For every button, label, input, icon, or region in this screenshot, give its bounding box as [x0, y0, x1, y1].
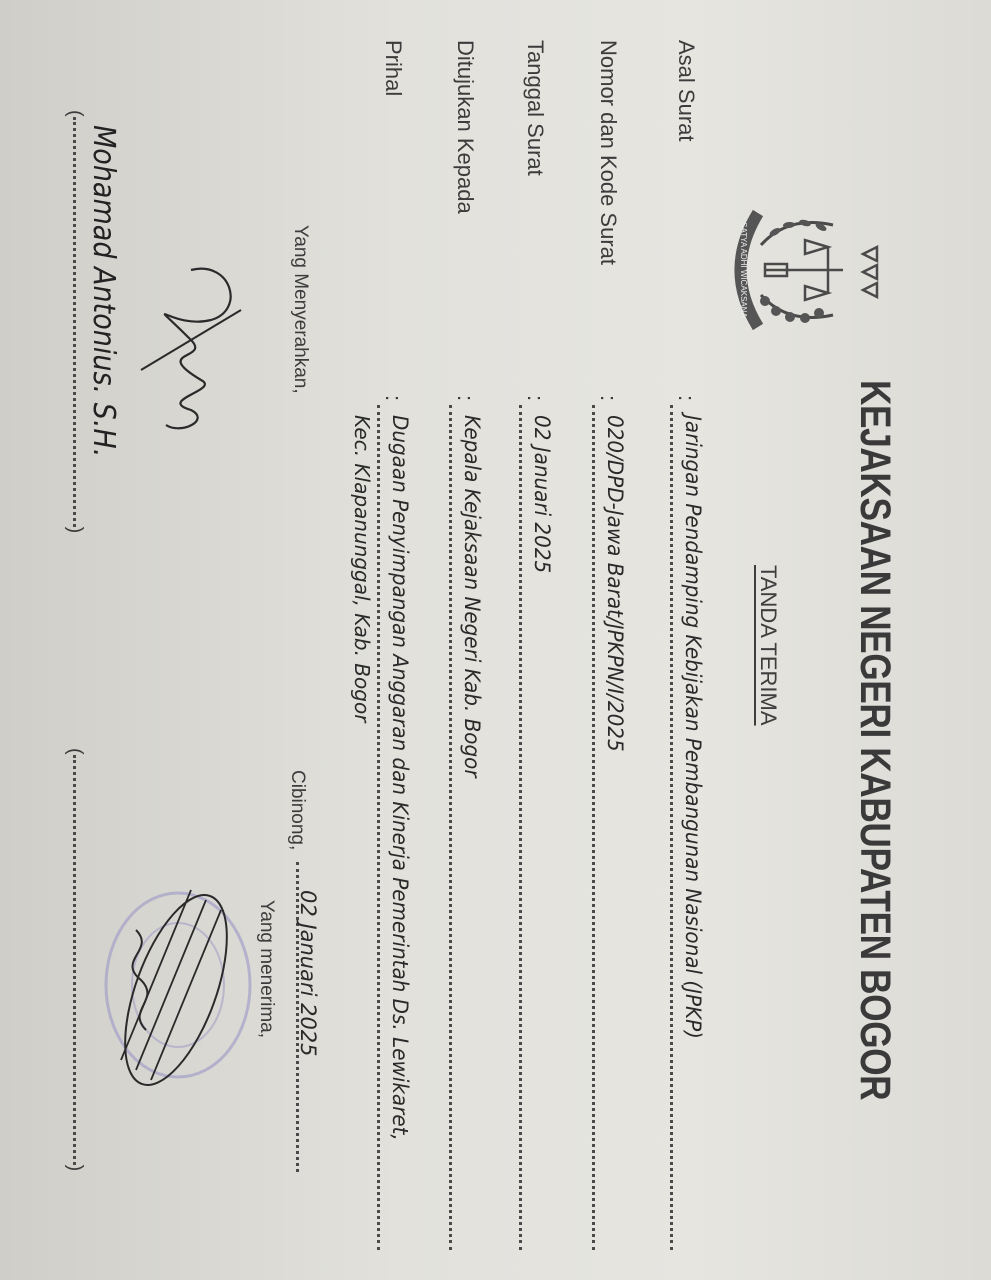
field-separator: :: [673, 395, 699, 401]
field-value-line2: Kec. Klapanunggal, Kab. Bogor: [350, 415, 374, 722]
sender-signature-icon: [131, 250, 251, 450]
form-title: TANDA TERIMA: [755, 565, 781, 726]
place-label: Cibinong,: [287, 770, 308, 850]
field-value: Dugaan Penyimpangan Anggaran dan Kinerja…: [388, 415, 412, 1141]
dotted-line: [519, 405, 522, 1250]
place-date: Cibinong, 02 Januari 2025: [286, 770, 308, 1172]
field-value: 020/DPD-Jawa Barat/JPKPN/I/2025: [603, 415, 627, 752]
field-prihal: Prihal : Dugaan Penyimpangan Anggaran da…: [366, 20, 406, 1250]
field-asal-surat: Asal Surat : Jaringan Pendamping Kebijak…: [659, 20, 699, 1250]
dotted-line: [592, 405, 595, 1250]
field-value: Kepala Kejaksaan Negeri Kab. Bogor: [460, 415, 484, 778]
field-ditujukan-kepada: Ditujukan Kepada : Kepala Kejaksaan Nege…: [438, 20, 478, 1250]
dotted-line: [670, 405, 673, 1250]
field-separator: :: [380, 395, 406, 401]
field-separator: :: [452, 395, 478, 401]
dotted-line: [377, 405, 380, 1250]
field-separator: :: [595, 395, 621, 401]
field-label: Asal Surat: [673, 40, 699, 142]
sender-name: Mohamad Antonius. S.H.: [86, 125, 121, 457]
sender-label: Yang Menyerahkan,: [289, 225, 311, 394]
receipt-form-page: SATYA ADHI WICAKSANA KEJAKSAAN NEGERI KA…: [0, 0, 991, 1280]
field-nomor-kode-surat: Nomor dan Kode Surat : 020/DPD-Jawa Bara…: [581, 20, 621, 1250]
kejaksaan-emblem-icon: SATYA ADHI WICAKSANA: [733, 185, 883, 355]
receiver-signature-icon: [106, 870, 246, 1110]
field-value: 02 Januari 2025: [530, 415, 554, 573]
svg-text:SATYA ADHI WICAKSANA: SATYA ADHI WICAKSANA: [739, 222, 748, 318]
field-tanggal-surat: Tanggal Surat : 02 Januari 2025: [508, 20, 548, 1250]
field-separator: :: [522, 395, 548, 401]
institution-title: KEJAKSAAN NEGERI KABUPATEN BOGOR: [850, 380, 899, 1100]
receiver-label: Yang menerima,: [255, 900, 277, 1038]
field-label: Nomor dan Kode Surat: [595, 40, 621, 265]
field-label: Prihal: [380, 40, 406, 96]
receiver-signature-line: (): [63, 748, 86, 1171]
field-value: Jaringan Pendamping Kebijakan Pembanguna…: [681, 415, 705, 1039]
dotted-line: [449, 405, 452, 1250]
sender-signature-line: (): [63, 110, 86, 533]
field-label: Tanggal Surat: [522, 40, 548, 176]
field-label: Ditujukan Kepada: [452, 40, 478, 214]
place-date-value: 02 Januari 2025: [296, 890, 320, 1057]
